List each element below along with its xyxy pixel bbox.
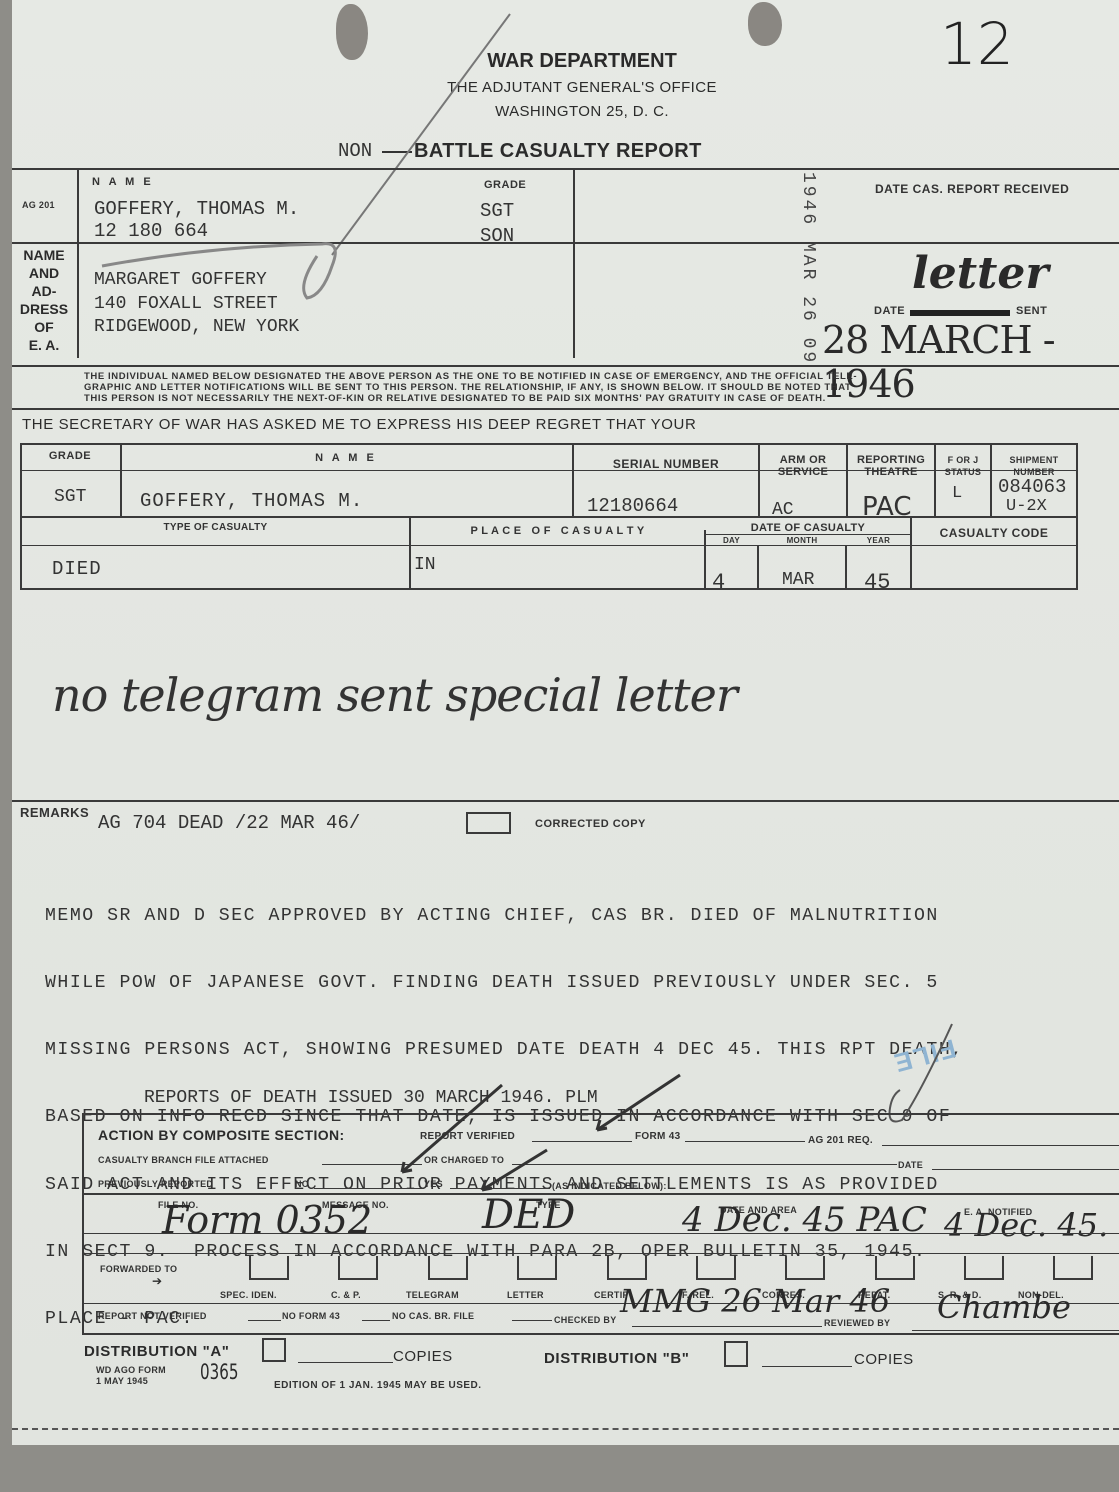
ea-label: NAME AND AD- DRESS OF E. A. (12, 246, 76, 354)
forwarded-to-label: FORWARDED TO (100, 1264, 180, 1275)
th-name: N A M E (122, 452, 570, 464)
edition-note: EDITION OF 1 JAN. 1945 MAY BE USED. (274, 1380, 482, 1391)
rule (248, 1320, 281, 1321)
corrected-copy-checkbox[interactable] (466, 812, 511, 834)
report-not-verified-label: REPORT NOT VERIFIED (98, 1311, 207, 1321)
forward-label-c-and-p: C. & P. (331, 1290, 361, 1300)
td-day: 4 (712, 570, 725, 595)
rule (82, 1233, 1119, 1234)
forward-checkbox-non-del[interactable] (1053, 1256, 1093, 1280)
rule (77, 168, 79, 358)
th-arm: ARM OR SERVICE (772, 454, 834, 478)
relationship-value: SON (480, 225, 514, 247)
no-cas-br-file-label: NO CAS. BR. FILE (392, 1311, 474, 1321)
distribution-a-checkbox[interactable] (262, 1338, 286, 1362)
rule (932, 1169, 1119, 1170)
rule (12, 365, 1119, 367)
rule (845, 545, 847, 590)
rule (573, 168, 575, 358)
type-value: DED (482, 1192, 575, 1238)
forward-label-letter: LETTER (507, 1290, 544, 1300)
distribution-b-copies-label: COPIES (854, 1351, 914, 1368)
date-sent-label-right: SENT (1016, 305, 1047, 317)
rule (22, 516, 1076, 518)
ea-notified-value: 4 Dec. 45. (944, 1206, 1108, 1244)
reviewed-by-label: REVIEWED BY (824, 1318, 890, 1328)
no-label: NO (295, 1179, 309, 1189)
td-theatre: PAC (862, 492, 912, 522)
th-grade: GRADE (22, 450, 118, 462)
td-shipment-1: 084063 (998, 476, 1066, 498)
ea-address-line-3: RIDGEWOOD, NEW YORK (94, 317, 299, 337)
check-arrow-marks (372, 1070, 712, 1200)
th-casualty-code: CASUALTY CODE (912, 526, 1076, 540)
date-sent-label-left: DATE (874, 305, 905, 317)
notice-text: THE INDIVIDUAL NAMED BELOW DESIGNATED TH… (84, 371, 857, 404)
distribution-a-copies-label: COPIES (393, 1348, 453, 1365)
casualty-report-document: 12 WAR DEPARTMENT THE ADJUTANT GENERAL'S… (12, 0, 1119, 1445)
rule (82, 1193, 1119, 1195)
ag-201-req-label: AG 201 REQ. (808, 1135, 873, 1146)
handwritten-note: no telegram sent special letter (52, 668, 737, 722)
no-form-43-label: NO FORM 43 (282, 1311, 340, 1321)
forward-checkbox-spec-iden[interactable] (249, 1256, 289, 1280)
rule (22, 545, 1076, 546)
form-number: 0365 (200, 1360, 238, 1384)
page-number: 12 (940, 10, 1014, 78)
reviewed-by-value: Chambe (937, 1288, 1071, 1326)
td-year: 45 (864, 570, 890, 595)
rule (298, 1362, 393, 1363)
th-month: MONTH (759, 536, 845, 545)
rule (706, 534, 910, 535)
arrow-right-icon: ➔ (152, 1274, 162, 1288)
perforated-edge (12, 1428, 1119, 1432)
previously-reported-label: PREVIOUSLY REPORTED (98, 1179, 213, 1189)
distribution-b-label: DISTRIBUTION "B" (544, 1350, 690, 1367)
handwritten-letter: letter (912, 248, 1049, 299)
rule (882, 1145, 1119, 1146)
distribution-b-checkbox[interactable] (724, 1341, 748, 1367)
forward-checkbox-letter[interactable] (517, 1256, 557, 1280)
corrected-copy-label: CORRECTED COPY (535, 818, 646, 830)
grade-value: SGT (480, 200, 514, 222)
distribution-a-label: DISTRIBUTION "A" (84, 1343, 230, 1360)
th-shipment: SHIPMENT NUMBER (994, 454, 1074, 478)
action-title: ACTION BY COMPOSITE SECTION: (98, 1127, 345, 1143)
checked-by-label: CHECKED BY (554, 1315, 617, 1325)
th-place: P L A C E O F C A S U A L T Y (411, 525, 704, 537)
forward-checkbox-srd[interactable] (964, 1256, 1004, 1280)
rule (632, 1326, 822, 1327)
handwritten-date-sent: 28 MARCH - 1946 (822, 318, 1119, 406)
rule (572, 445, 574, 516)
th-status: F OR J STATUS (936, 454, 990, 478)
forward-checkbox-c-and-p[interactable] (338, 1256, 378, 1280)
td-type: DIED (52, 558, 102, 580)
td-name: GOFFERY, THOMAS M. (140, 490, 363, 512)
punch-hole-right (748, 2, 782, 46)
forward-checkbox-certif[interactable] (607, 1256, 647, 1280)
forward-label-telegram: TELEGRAM (406, 1290, 459, 1300)
th-theatre: REPORTING THEATRE (848, 454, 934, 478)
td-grade: SGT (54, 487, 86, 507)
file-no-value: Form 0352 (162, 1198, 372, 1242)
soldier-name: GOFFERY, THOMAS M. (94, 198, 299, 220)
cas-branch-file-label: CASUALTY BRANCH FILE ATTACHED (98, 1155, 269, 1165)
remarks-label: REMARKS (20, 805, 89, 820)
rule (758, 445, 760, 516)
grade-label: GRADE (484, 179, 526, 191)
rule (12, 800, 1119, 802)
td-status: L (952, 484, 962, 503)
form-label: WD AGO FORM 1 MAY 1945 (96, 1365, 166, 1387)
redaction-bar (910, 310, 1010, 316)
checked-by-value: MMG 26 Mar 46 (620, 1282, 890, 1320)
date-received-label: DATE CAS. REPORT RECEIVED (875, 182, 1069, 196)
rule (82, 1113, 84, 1333)
regret-line: THE SECRETARY OF WAR HAS ASKED ME TO EXP… (22, 416, 696, 433)
rule (762, 1366, 852, 1367)
rule (757, 545, 759, 590)
th-type: TYPE OF CASUALTY (22, 522, 409, 533)
th-day: DAY (706, 536, 757, 545)
forward-checkbox-telegram[interactable] (428, 1256, 468, 1280)
rule (82, 1253, 1119, 1254)
name-label: N A M E (92, 176, 154, 188)
td-place: IN (414, 555, 436, 575)
forward-checkbox-f-rel[interactable] (696, 1256, 736, 1280)
td-serial: 12180664 (587, 495, 678, 517)
td-month: MAR (782, 570, 814, 590)
date-label: DATE (898, 1160, 923, 1170)
remarks-first-line: AG 704 DEAD /22 MAR 46/ (98, 812, 360, 834)
th-year: YEAR (847, 536, 910, 545)
forward-checkbox-repat[interactable] (875, 1256, 915, 1280)
rule (12, 408, 1119, 410)
rule (912, 1330, 1119, 1331)
pencil-loop-mark (92, 236, 372, 316)
th-date: DATE OF CASUALTY (706, 522, 910, 534)
rule (12, 168, 1119, 170)
td-arm: AC (772, 500, 794, 520)
rule (362, 1320, 390, 1321)
forward-checkbox-corres[interactable] (785, 1256, 825, 1280)
rule (990, 445, 992, 516)
rule (512, 1320, 552, 1321)
received-date-stamp: 1946 MAR 26 09 (798, 172, 818, 372)
rule (82, 1333, 1119, 1335)
forward-label-spec-iden: SPEC. IDEN. (220, 1290, 277, 1300)
ag-201-label: AG 201 (22, 200, 55, 210)
th-serial: SERIAL NUMBER (574, 457, 758, 471)
date-area-value: 4 Dec. 45 PAC (682, 1200, 927, 1240)
td-shipment-2: U-2X (1006, 497, 1047, 516)
